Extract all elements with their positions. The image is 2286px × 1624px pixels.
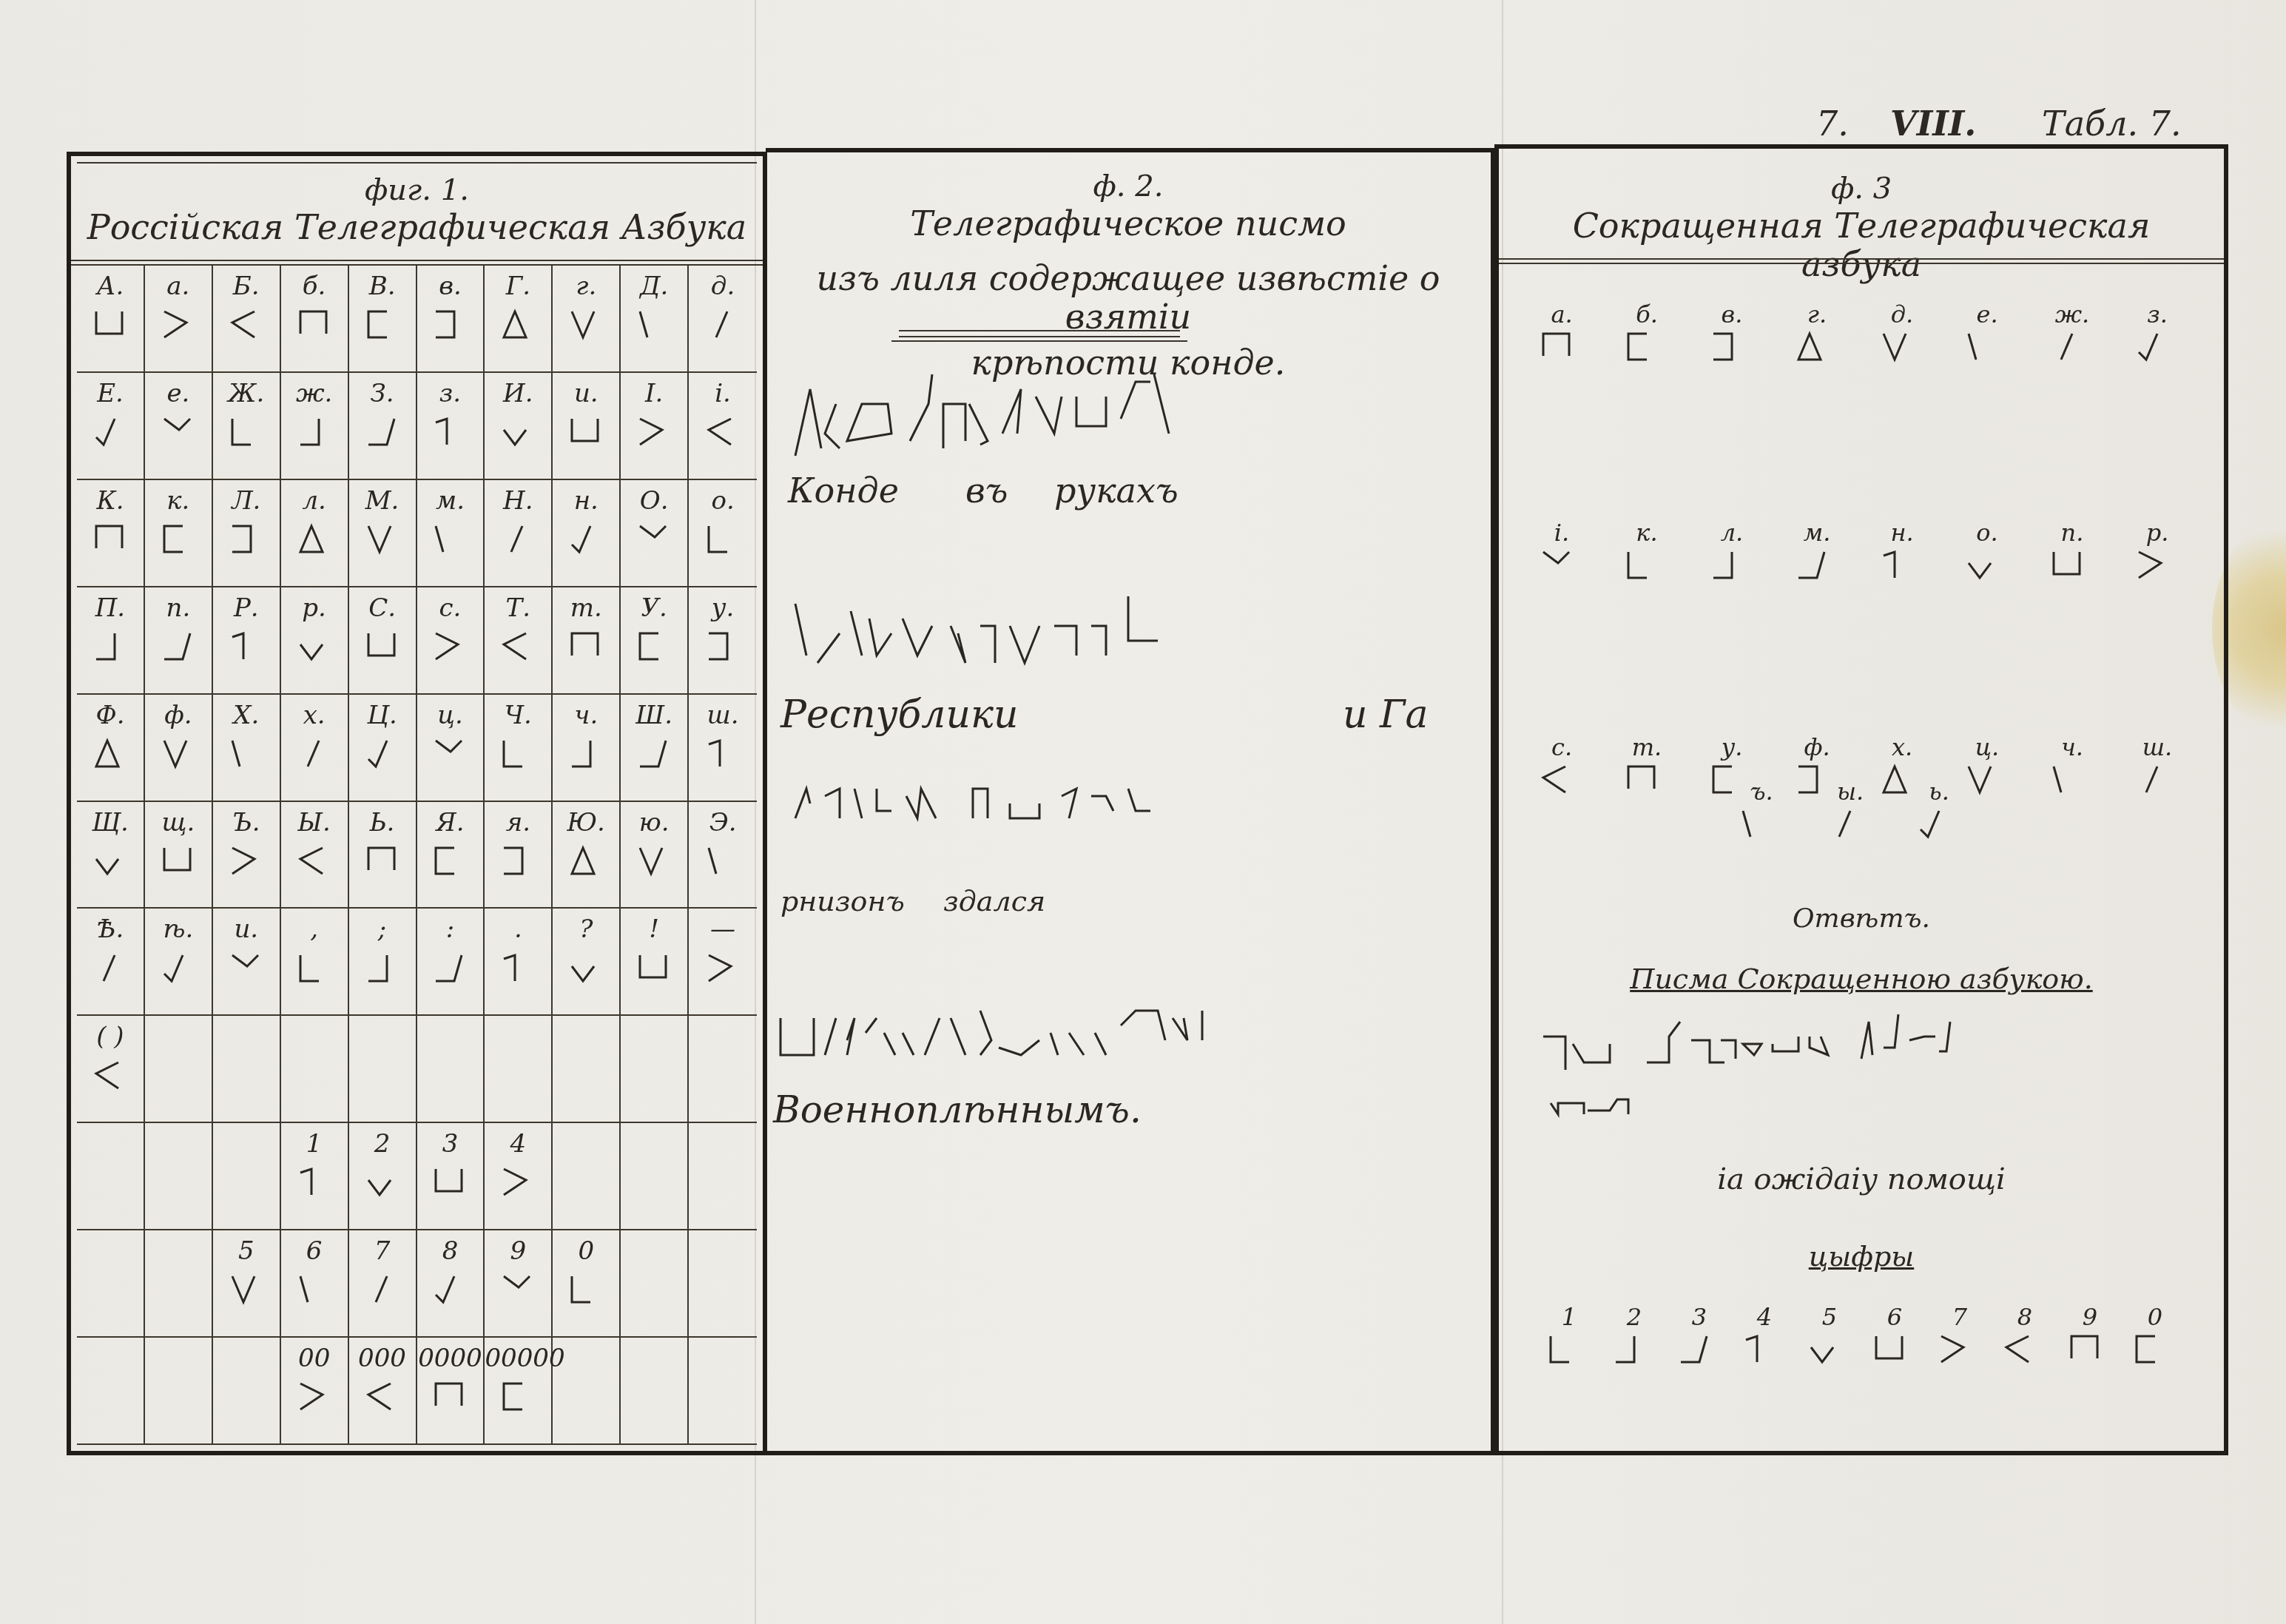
- alphabet-cell: 0000: [417, 1338, 485, 1445]
- alphabet-cell: [145, 1123, 213, 1230]
- letter-label: Н.: [485, 486, 551, 516]
- telegraph-sign-icon: [365, 308, 400, 343]
- alphabet-cell: ц.: [417, 695, 485, 802]
- letter-label: .: [485, 914, 551, 944]
- telegraph-sign-icon: [636, 630, 672, 665]
- telegraph-sign-icon: [92, 737, 128, 772]
- letter-label: Ь.: [349, 808, 416, 838]
- fig2-word: въ: [965, 471, 1008, 511]
- alphabet-cell: [77, 1123, 145, 1230]
- telegraph-sign-icon: [365, 630, 400, 665]
- alphabet-cell: [213, 1123, 281, 1230]
- telegraph-sign-icon: [297, 630, 332, 665]
- alphabet-cell: 000: [349, 1338, 417, 1445]
- letter-label: б.: [281, 272, 348, 301]
- alphabet-cell: К.: [77, 480, 145, 587]
- telegraph-sign-icon: [432, 1380, 468, 1415]
- fig3-panel: ф. 3 Сокращенная Телеграфическая азбука …: [1494, 144, 2228, 1455]
- alphabet-cell: 00: [281, 1338, 349, 1445]
- telegraph-sign-icon: [705, 522, 741, 558]
- letter-label: Г.: [485, 272, 551, 301]
- fig2-word: рукахъ: [1054, 471, 1179, 511]
- telegraph-sign-icon: [568, 415, 604, 451]
- letter-label: Ц.: [349, 701, 416, 730]
- alphabet-cell: ѣ.: [145, 909, 213, 1016]
- letter-label: В.: [349, 272, 416, 301]
- fig1-title: Россійская Телеграфическая Азбука: [71, 208, 763, 246]
- letter-label: д.: [689, 272, 757, 301]
- telegraph-sign-icon: [568, 951, 604, 987]
- telegraph-sign-icon: [568, 308, 604, 343]
- telegraph-sign-icon: [1742, 1332, 1787, 1369]
- fig2-word: Республики: [780, 693, 1018, 737]
- letter-label: и.: [213, 914, 280, 944]
- letter-label: 000: [349, 1344, 416, 1373]
- letter-label: ч.: [553, 701, 619, 730]
- letter-label: 0: [553, 1236, 619, 1266]
- letter-label: ?: [553, 914, 619, 944]
- alphabet-cell: [145, 1016, 213, 1123]
- alphabet-cell: ш.: [689, 695, 757, 802]
- telegraph-sign-icon: [636, 308, 672, 343]
- telegraph-sign-icon: [365, 951, 400, 987]
- telegraph-sign-icon: [500, 308, 536, 343]
- letter-label: 8: [417, 1236, 484, 1266]
- alphabet-cell: п.: [145, 587, 213, 695]
- letter-label: К.: [77, 486, 144, 516]
- alphabet-cell: д.: [689, 266, 757, 373]
- telegraph-sign-icon: [297, 415, 332, 451]
- alphabet-cell: а.: [145, 266, 213, 373]
- letter-label: М.: [349, 486, 416, 516]
- digit-label: 8: [1992, 1303, 2058, 1332]
- telegraph-sign-icon: [432, 522, 468, 558]
- telegraph-sign-icon: [297, 522, 332, 558]
- alphabet-cell: [485, 1016, 553, 1123]
- alphabet-cell: б.: [281, 266, 349, 373]
- telegraph-sign-icon: [161, 308, 196, 343]
- letter-label: Ю.: [553, 808, 619, 838]
- digit-sign: 0: [2122, 1303, 2188, 1372]
- letter-label: г.: [553, 272, 619, 301]
- alphabet-cell: и.: [213, 909, 281, 1016]
- telegraph-sign-icon: [92, 844, 128, 880]
- alphabet-cell: Ц.: [349, 695, 417, 802]
- letter-label: Ч.: [485, 701, 551, 730]
- alphabet-cell: Г.: [485, 266, 553, 373]
- fig2-panel: ф. 2. Телеграфическое писмо изъ лиля сод…: [766, 148, 1495, 1455]
- alphabet-cell: т.: [553, 587, 621, 695]
- telegraph-sign-icon: [365, 1273, 400, 1308]
- fig2-word: здался: [943, 885, 1045, 917]
- alphabet-cell: А.: [77, 266, 145, 373]
- telegraph-sign-icon: [365, 1380, 400, 1415]
- alphabet-cell: 4: [485, 1123, 553, 1230]
- alphabet-cell: [689, 1230, 757, 1338]
- telegraph-sign-icon: [92, 308, 128, 343]
- telegraph-sign-icon: [500, 415, 536, 451]
- letter-label: —: [689, 914, 757, 944]
- letter-label: Я.: [417, 808, 484, 838]
- fig2-telegraph-signs: [766, 152, 1491, 1451]
- alphabet-cell: у.: [689, 587, 757, 695]
- letter-label: Т.: [485, 593, 551, 623]
- fig1-panel: фиг. 1. Россійская Телеграфическая Азбук…: [67, 152, 767, 1455]
- digit-label: 1: [1536, 1303, 1602, 1332]
- letter-label: И.: [485, 379, 551, 408]
- alphabet-cell: Ж.: [213, 373, 281, 480]
- digit-label: 4: [1731, 1303, 1798, 1332]
- letter-label: ;: [349, 914, 416, 944]
- letter-label: з.: [417, 379, 484, 408]
- alphabet-cell: [417, 1016, 485, 1123]
- letter-label: А.: [77, 272, 144, 301]
- alphabet-cell: Р.: [213, 587, 281, 695]
- alphabet-cell: ч.: [553, 695, 621, 802]
- fig2-word: рнизонъ: [780, 885, 905, 917]
- letter-label: З.: [349, 379, 416, 408]
- alphabet-cell: Ѣ.: [77, 909, 145, 1016]
- telegraph-sign-icon: [1612, 1332, 1656, 1369]
- fig2-word: Конде: [788, 471, 899, 511]
- alphabet-cell: ж.: [281, 373, 349, 480]
- telegraph-sign-icon: [432, 415, 468, 451]
- letter-label: ѣ.: [145, 914, 212, 944]
- telegraph-sign-icon: [432, 308, 468, 343]
- alphabet-cell: е.: [145, 373, 213, 480]
- digit-sign: 9: [2057, 1303, 2123, 1372]
- telegraph-sign-icon: [297, 951, 332, 987]
- alphabet-cell: 9: [485, 1230, 553, 1338]
- letter-label: Э.: [689, 808, 757, 838]
- letter-label: ш.: [689, 701, 757, 730]
- telegraph-sign-icon: [568, 630, 604, 665]
- letter-label: !: [621, 914, 687, 944]
- fig2-word: и Га: [1343, 693, 1428, 737]
- digit-label: 5: [1796, 1303, 1863, 1332]
- letter-label: Х.: [213, 701, 280, 730]
- alphabet-cell: я.: [485, 802, 553, 909]
- letter-label: 0000: [417, 1344, 484, 1373]
- alphabet-cell: С.: [349, 587, 417, 695]
- telegraph-sign-icon: [365, 522, 400, 558]
- letter-label: 00: [281, 1344, 348, 1373]
- alphabet-cell: ф.: [145, 695, 213, 802]
- alphabet-cell: П.: [77, 587, 145, 695]
- telegraph-sign-icon: [297, 1380, 332, 1415]
- digit-label: 9: [2057, 1303, 2123, 1332]
- letter-label: м.: [417, 486, 484, 516]
- telegraph-sign-icon: [2003, 1332, 2047, 1369]
- telegraph-sign-icon: [2068, 1332, 2112, 1369]
- alphabet-cell: х.: [281, 695, 349, 802]
- alphabet-cell: и.: [553, 373, 621, 480]
- letter-label: а.: [145, 272, 212, 301]
- telegraph-sign-icon: [229, 415, 264, 451]
- volume-number: 7.: [1816, 104, 1849, 144]
- alphabet-cell: ю.: [621, 802, 689, 909]
- letter-label: Ы.: [281, 808, 348, 838]
- letter-label: я.: [485, 808, 551, 838]
- letter-label: е.: [145, 379, 212, 408]
- telegraph-sign-icon: [365, 844, 400, 880]
- alphabet-cell: [553, 1338, 621, 1445]
- alphabet-cell: ,: [281, 909, 349, 1016]
- alphabet-cell: Щ.: [77, 802, 145, 909]
- alphabet-cell: [213, 1016, 281, 1123]
- alphabet-cell: в.: [417, 266, 485, 373]
- alphabet-cell: [689, 1016, 757, 1123]
- telegraph-sign-icon: [297, 737, 332, 772]
- alphabet-cell: [145, 1230, 213, 1338]
- letter-label: У.: [621, 593, 687, 623]
- alphabet-cell: [281, 1016, 349, 1123]
- telegraph-sign-icon: [568, 1273, 604, 1308]
- letter-label: н.: [553, 486, 619, 516]
- digit-label: 6: [1861, 1303, 1928, 1332]
- telegraph-sign-icon: [500, 1165, 536, 1201]
- telegraph-sign-icon: [636, 844, 672, 880]
- letter-label: с.: [417, 593, 484, 623]
- telegraph-sign-icon: [636, 951, 672, 987]
- letter-label: Ъ.: [213, 808, 280, 838]
- alphabet-cell: Т.: [485, 587, 553, 695]
- telegraph-sign-icon: [1807, 1332, 1852, 1369]
- telegraph-sign-icon: [636, 522, 672, 558]
- telegraph-sign-icon: [432, 844, 468, 880]
- telegraph-sign-icon: [568, 522, 604, 558]
- alphabet-cell: Я.: [417, 802, 485, 909]
- letter-label: І.: [621, 379, 687, 408]
- letter-label: 2: [349, 1129, 416, 1159]
- letter-label: 9: [485, 1236, 551, 1266]
- telegraph-sign-icon: [92, 1059, 128, 1094]
- letter-label: ф.: [145, 701, 212, 730]
- alphabet-cell: [77, 1230, 145, 1338]
- reply-text: іа ожідаіу помощі: [1499, 1162, 2224, 1196]
- letter-label: 4: [485, 1129, 551, 1159]
- fig2-word: Военноплѣннымъ.: [773, 1088, 1142, 1131]
- telegraph-sign-icon: [365, 737, 400, 772]
- letter-label: Ш.: [621, 701, 687, 730]
- alphabet-cell: с.: [417, 587, 485, 695]
- digit-sign: 2: [1601, 1303, 1668, 1372]
- digit-label: 7: [1926, 1303, 1993, 1332]
- fig1-label: фиг. 1.: [71, 172, 763, 208]
- letter-label: і.: [689, 379, 757, 408]
- alphabet-cell: [77, 1338, 145, 1445]
- telegraph-sign-icon: [636, 415, 672, 451]
- letter-label: Д.: [621, 272, 687, 301]
- telegraph-sign-icon: [92, 630, 128, 665]
- telegraph-sign-icon: [229, 737, 264, 772]
- digit-sign: 6: [1861, 1303, 1928, 1372]
- telegraph-sign-icon: [297, 1273, 332, 1308]
- alphabet-cell: і.: [689, 373, 757, 480]
- letter-label: щ.: [145, 808, 212, 838]
- alphabet-cell: :: [417, 909, 485, 1016]
- alphabet-cell: [689, 1123, 757, 1230]
- digit-sign: 3: [1666, 1303, 1733, 1372]
- digit-sign: 5: [1796, 1303, 1863, 1372]
- alphabet-cell: Ы.: [281, 802, 349, 909]
- alphabet-cell: 7: [349, 1230, 417, 1338]
- telegraph-alphabet-table: А.а.Б.б.В.в.Г.г.Д.д.Е.е.Ж.ж.З.з.И.и.І.і.…: [77, 266, 757, 1445]
- letter-label: л.: [281, 486, 348, 516]
- digit-sign: 1: [1536, 1303, 1602, 1372]
- letter-label: Ф.: [77, 701, 144, 730]
- alphabet-cell: Ъ.: [213, 802, 281, 909]
- telegraph-sign-icon: [500, 630, 536, 665]
- telegraph-sign-icon: [229, 951, 264, 987]
- telegraph-sign-icon: [432, 737, 468, 772]
- alphabet-cell: [553, 1123, 621, 1230]
- alphabet-cell: ?: [553, 909, 621, 1016]
- alphabet-cell: 00000: [485, 1338, 553, 1445]
- letter-label: ( ): [77, 1022, 144, 1051]
- telegraph-sign-icon: [705, 844, 741, 880]
- letter-label: Ж.: [213, 379, 280, 408]
- alphabet-cell: [349, 1016, 417, 1123]
- alphabet-cell: н.: [553, 480, 621, 587]
- alphabet-cell: [213, 1338, 281, 1445]
- telegraph-sign-icon: [365, 1165, 400, 1201]
- alphabet-cell: 2: [349, 1123, 417, 1230]
- alphabet-cell: 8: [417, 1230, 485, 1338]
- letter-label: р.: [281, 593, 348, 623]
- part-number: VIII.: [1890, 104, 1976, 144]
- telegraph-sign-icon: [161, 630, 196, 665]
- letter-label: Ѣ.: [77, 914, 144, 944]
- telegraph-sign-icon: [229, 630, 264, 665]
- telegraph-sign-icon: [161, 522, 196, 558]
- alphabet-cell: Ч.: [485, 695, 553, 802]
- alphabet-cell: [689, 1338, 757, 1445]
- alphabet-cell: [621, 1016, 689, 1123]
- telegraph-sign-icon: [1677, 1332, 1722, 1369]
- alphabet-cell: [553, 1016, 621, 1123]
- letter-label: о.: [689, 486, 757, 516]
- alphabet-cell: о.: [689, 480, 757, 587]
- telegraph-sign-icon: [365, 415, 400, 451]
- letter-label: 1: [281, 1129, 348, 1159]
- telegraph-sign-icon: [297, 844, 332, 880]
- letter-label: Л.: [213, 486, 280, 516]
- digit-sign: 7: [1926, 1303, 1993, 1372]
- telegraph-sign-icon: [92, 415, 128, 451]
- telegraph-sign-icon: [705, 308, 741, 343]
- table-number: Табл. 7.: [2042, 104, 2182, 144]
- telegraph-sign-icon: [161, 415, 196, 451]
- telegraph-sign-icon: [92, 522, 128, 558]
- letter-label: т.: [553, 593, 619, 623]
- alphabet-cell: 0: [553, 1230, 621, 1338]
- letter-label: П.: [77, 593, 144, 623]
- telegraph-sign-icon: [229, 1273, 264, 1308]
- letter-label: С.: [349, 593, 416, 623]
- letter-label: ,: [281, 914, 348, 944]
- alphabet-cell: Э.: [689, 802, 757, 909]
- alphabet-cell: Ш.: [621, 695, 689, 802]
- alphabet-cell: Х.: [213, 695, 281, 802]
- alphabet-cell: [621, 1338, 689, 1445]
- digit-label: 3: [1666, 1303, 1733, 1332]
- telegraph-sign-icon: [705, 951, 741, 987]
- telegraph-sign-icon: [568, 844, 604, 880]
- alphabet-cell: [621, 1123, 689, 1230]
- letter-label: ц.: [417, 701, 484, 730]
- alphabet-cell: к.: [145, 480, 213, 587]
- letter-label: Щ.: [77, 808, 144, 838]
- alphabet-cell: 1: [281, 1123, 349, 1230]
- alphabet-cell: Л.: [213, 480, 281, 587]
- alphabet-cell: О.: [621, 480, 689, 587]
- telegraph-sign-icon: [500, 844, 536, 880]
- letter-label: 7: [349, 1236, 416, 1266]
- alphabet-cell: ;: [349, 909, 417, 1016]
- letter-label: Р.: [213, 593, 280, 623]
- alphabet-cell: 6: [281, 1230, 349, 1338]
- alphabet-cell: —: [689, 909, 757, 1016]
- telegraph-sign-icon: [705, 630, 741, 665]
- letter-label: и.: [553, 379, 619, 408]
- digit-label: 0: [2122, 1303, 2188, 1332]
- alphabet-cell: 3: [417, 1123, 485, 1230]
- telegraph-sign-icon: [161, 844, 196, 880]
- alphabet-cell: Ь.: [349, 802, 417, 909]
- letter-label: О.: [621, 486, 687, 516]
- alphabet-cell: Н.: [485, 480, 553, 587]
- alphabet-cell: м.: [417, 480, 485, 587]
- telegraph-sign-icon: [229, 522, 264, 558]
- alphabet-cell: !: [621, 909, 689, 1016]
- alphabet-cell: Е.: [77, 373, 145, 480]
- telegraph-sign-icon: [568, 737, 604, 772]
- letter-label: Е.: [77, 379, 144, 408]
- telegraph-sign-icon: [500, 951, 536, 987]
- letter-label: х.: [281, 701, 348, 730]
- letter-label: к.: [145, 486, 212, 516]
- telegraph-sign-icon: [705, 737, 741, 772]
- alphabet-cell: щ.: [145, 802, 213, 909]
- alphabet-cell: г.: [553, 266, 621, 373]
- telegraph-sign-icon: [161, 951, 196, 987]
- telegraph-sign-icon: [500, 737, 536, 772]
- telegraph-sign-icon: [229, 308, 264, 343]
- letter-label: 5: [213, 1236, 280, 1266]
- telegraph-sign-icon: [500, 1273, 536, 1308]
- telegraph-sign-icon: [1872, 1332, 1917, 1369]
- alphabet-cell: л.: [281, 480, 349, 587]
- letter-label: 00000: [485, 1344, 551, 1373]
- alphabet-cell: Б.: [213, 266, 281, 373]
- alphabet-cell: [621, 1230, 689, 1338]
- alphabet-cell: І.: [621, 373, 689, 480]
- telegraph-sign-icon: [297, 1165, 332, 1201]
- digit-sign: 4: [1731, 1303, 1798, 1372]
- letter-label: у.: [689, 593, 757, 623]
- letter-label: 6: [281, 1236, 348, 1266]
- alphabet-cell: В.: [349, 266, 417, 373]
- telegraph-sign-icon: [500, 1380, 536, 1415]
- telegraph-sign-icon: [297, 308, 332, 343]
- letter-label: ж.: [281, 379, 348, 408]
- telegraph-sign-icon: [636, 737, 672, 772]
- letter-label: Б.: [213, 272, 280, 301]
- alphabet-cell: ( ): [77, 1016, 145, 1123]
- digit-sign: 8: [1992, 1303, 2058, 1372]
- alphabet-cell: У.: [621, 587, 689, 695]
